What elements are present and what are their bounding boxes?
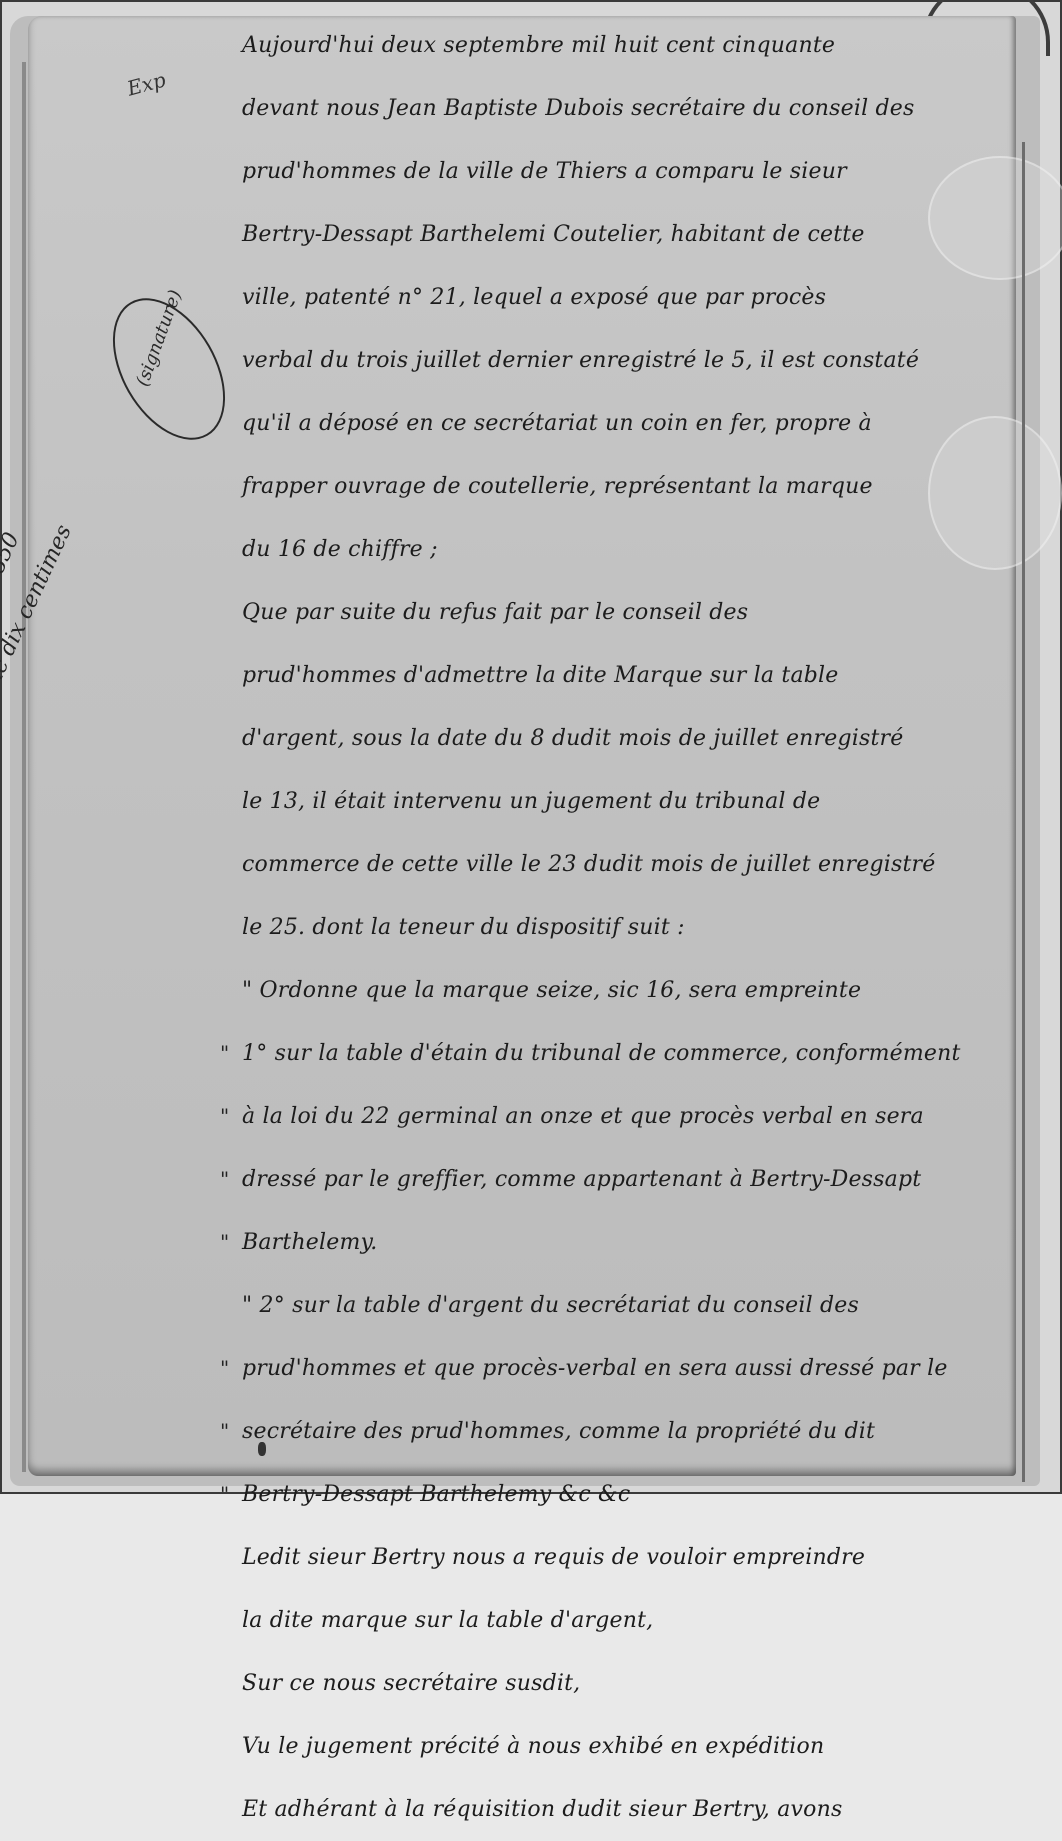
line-text: " 2° sur la table d'argent du secrétaria…: [242, 1274, 859, 1337]
line-text: ville, patenté n° 21, lequel a exposé qu…: [242, 266, 826, 329]
text-line: "secrétaire des prud'hommes, comme la pr…: [242, 1400, 1032, 1463]
text-line: "1° sur la table d'étain du tribunal de …: [242, 1022, 1032, 1085]
text-line: ville, patenté n° 21, lequel a exposé qu…: [242, 266, 1032, 329]
quote-mark: ": [220, 1463, 229, 1494]
text-line: Que par suite du refus fait par le conse…: [242, 581, 1032, 644]
quote-mark: ": [220, 1211, 229, 1274]
text-line: d'argent, sous la date du 8 dudit mois d…: [242, 707, 1032, 770]
text-line: " 2° sur la table d'argent du secrétaria…: [242, 1274, 1032, 1337]
line-text: le 13, il était intervenu un jugement du…: [242, 770, 820, 833]
text-line: "prud'hommes et que procès-verbal en ser…: [242, 1337, 1032, 1400]
text-line: Aujourd'hui deux septembre mil huit cent…: [242, 14, 1032, 77]
line-text: secrétaire des prud'hommes, comme la pro…: [242, 1400, 875, 1463]
line-text: prud'hommes d'admettre la dite Marque su…: [242, 644, 839, 707]
text-line: "Bertry-Dessapt Barthelemy &c &c: [242, 1463, 1032, 1494]
text-line: du 16 de chiffre ;: [242, 518, 1032, 581]
line-text: qu'il a déposé en ce secrétariat un coin…: [242, 392, 872, 455]
line-text: frapper ouvrage de coutellerie, représen…: [242, 455, 873, 518]
text-line: " Ordonne que la marque seize, sic 16, s…: [242, 959, 1032, 1022]
quote-mark: ": [220, 1400, 229, 1463]
document-frame: Exp (signature) Enreg. à Thiers le trois…: [0, 0, 1062, 1494]
line-text: 1° sur la table d'étain du tribunal de c…: [242, 1022, 961, 1085]
text-line: Bertry-Dessapt Barthelemi Coutelier, hab…: [242, 203, 1032, 266]
line-text: Bertry-Dessapt Barthelemi Coutelier, hab…: [242, 203, 865, 266]
text-line: prud'hommes de la ville de Thiers a comp…: [242, 140, 1032, 203]
text-line: commerce de cette ville le 23 dudit mois…: [242, 833, 1032, 896]
manuscript-body: Aujourd'hui deux septembre mil huit cent…: [242, 14, 1032, 1494]
text-line: qu'il a déposé en ce secrétariat un coin…: [242, 392, 1032, 455]
line-text: Aujourd'hui deux septembre mil huit cent…: [242, 14, 835, 77]
line-text: prud'hommes de la ville de Thiers a comp…: [242, 140, 847, 203]
line-text: d'argent, sous la date du 8 dudit mois d…: [242, 707, 903, 770]
text-line: prud'hommes d'admettre la dite Marque su…: [242, 644, 1032, 707]
quote-mark: ": [220, 1337, 229, 1400]
line-text: Barthelemy.: [242, 1211, 377, 1274]
quote-mark: ": [220, 1085, 229, 1148]
text-line: verbal du trois juillet dernier enregist…: [242, 329, 1032, 392]
text-line: devant nous Jean Baptiste Dubois secréta…: [242, 77, 1032, 140]
line-text: le 25. dont la teneur du dispositif suit…: [242, 896, 685, 959]
ink-spot: [258, 1442, 266, 1456]
line-text: à la loi du 22 germinal an onze et que p…: [242, 1085, 924, 1148]
line-text: " Ordonne que la marque seize, sic 16, s…: [242, 959, 861, 1022]
text-line: "dressé par le greffier, comme appartena…: [242, 1148, 1032, 1211]
line-text: prud'hommes et que procès-verbal en sera…: [242, 1337, 948, 1400]
line-text: Que par suite du refus fait par le conse…: [242, 581, 748, 644]
line-text: Bertry-Dessapt Barthelemy &c &c: [242, 1463, 630, 1494]
text-line: "Barthelemy.: [242, 1211, 1032, 1274]
quote-mark: ": [220, 1148, 229, 1211]
text-line: frapper ouvrage de coutellerie, représen…: [242, 455, 1032, 518]
text-line: le 13, il était intervenu un jugement du…: [242, 770, 1032, 833]
quote-mark: ": [220, 1022, 229, 1085]
text-line: "à la loi du 22 germinal an onze et que …: [242, 1085, 1032, 1148]
line-text: commerce de cette ville le 23 dudit mois…: [242, 833, 935, 896]
line-text: du 16 de chiffre ;: [242, 518, 438, 581]
line-text: devant nous Jean Baptiste Dubois secréta…: [242, 77, 915, 140]
text-line: le 25. dont la teneur du dispositif suit…: [242, 896, 1032, 959]
line-text: verbal du trois juillet dernier enregist…: [242, 329, 919, 392]
line-text: dressé par le greffier, comme appartenan…: [242, 1148, 921, 1211]
